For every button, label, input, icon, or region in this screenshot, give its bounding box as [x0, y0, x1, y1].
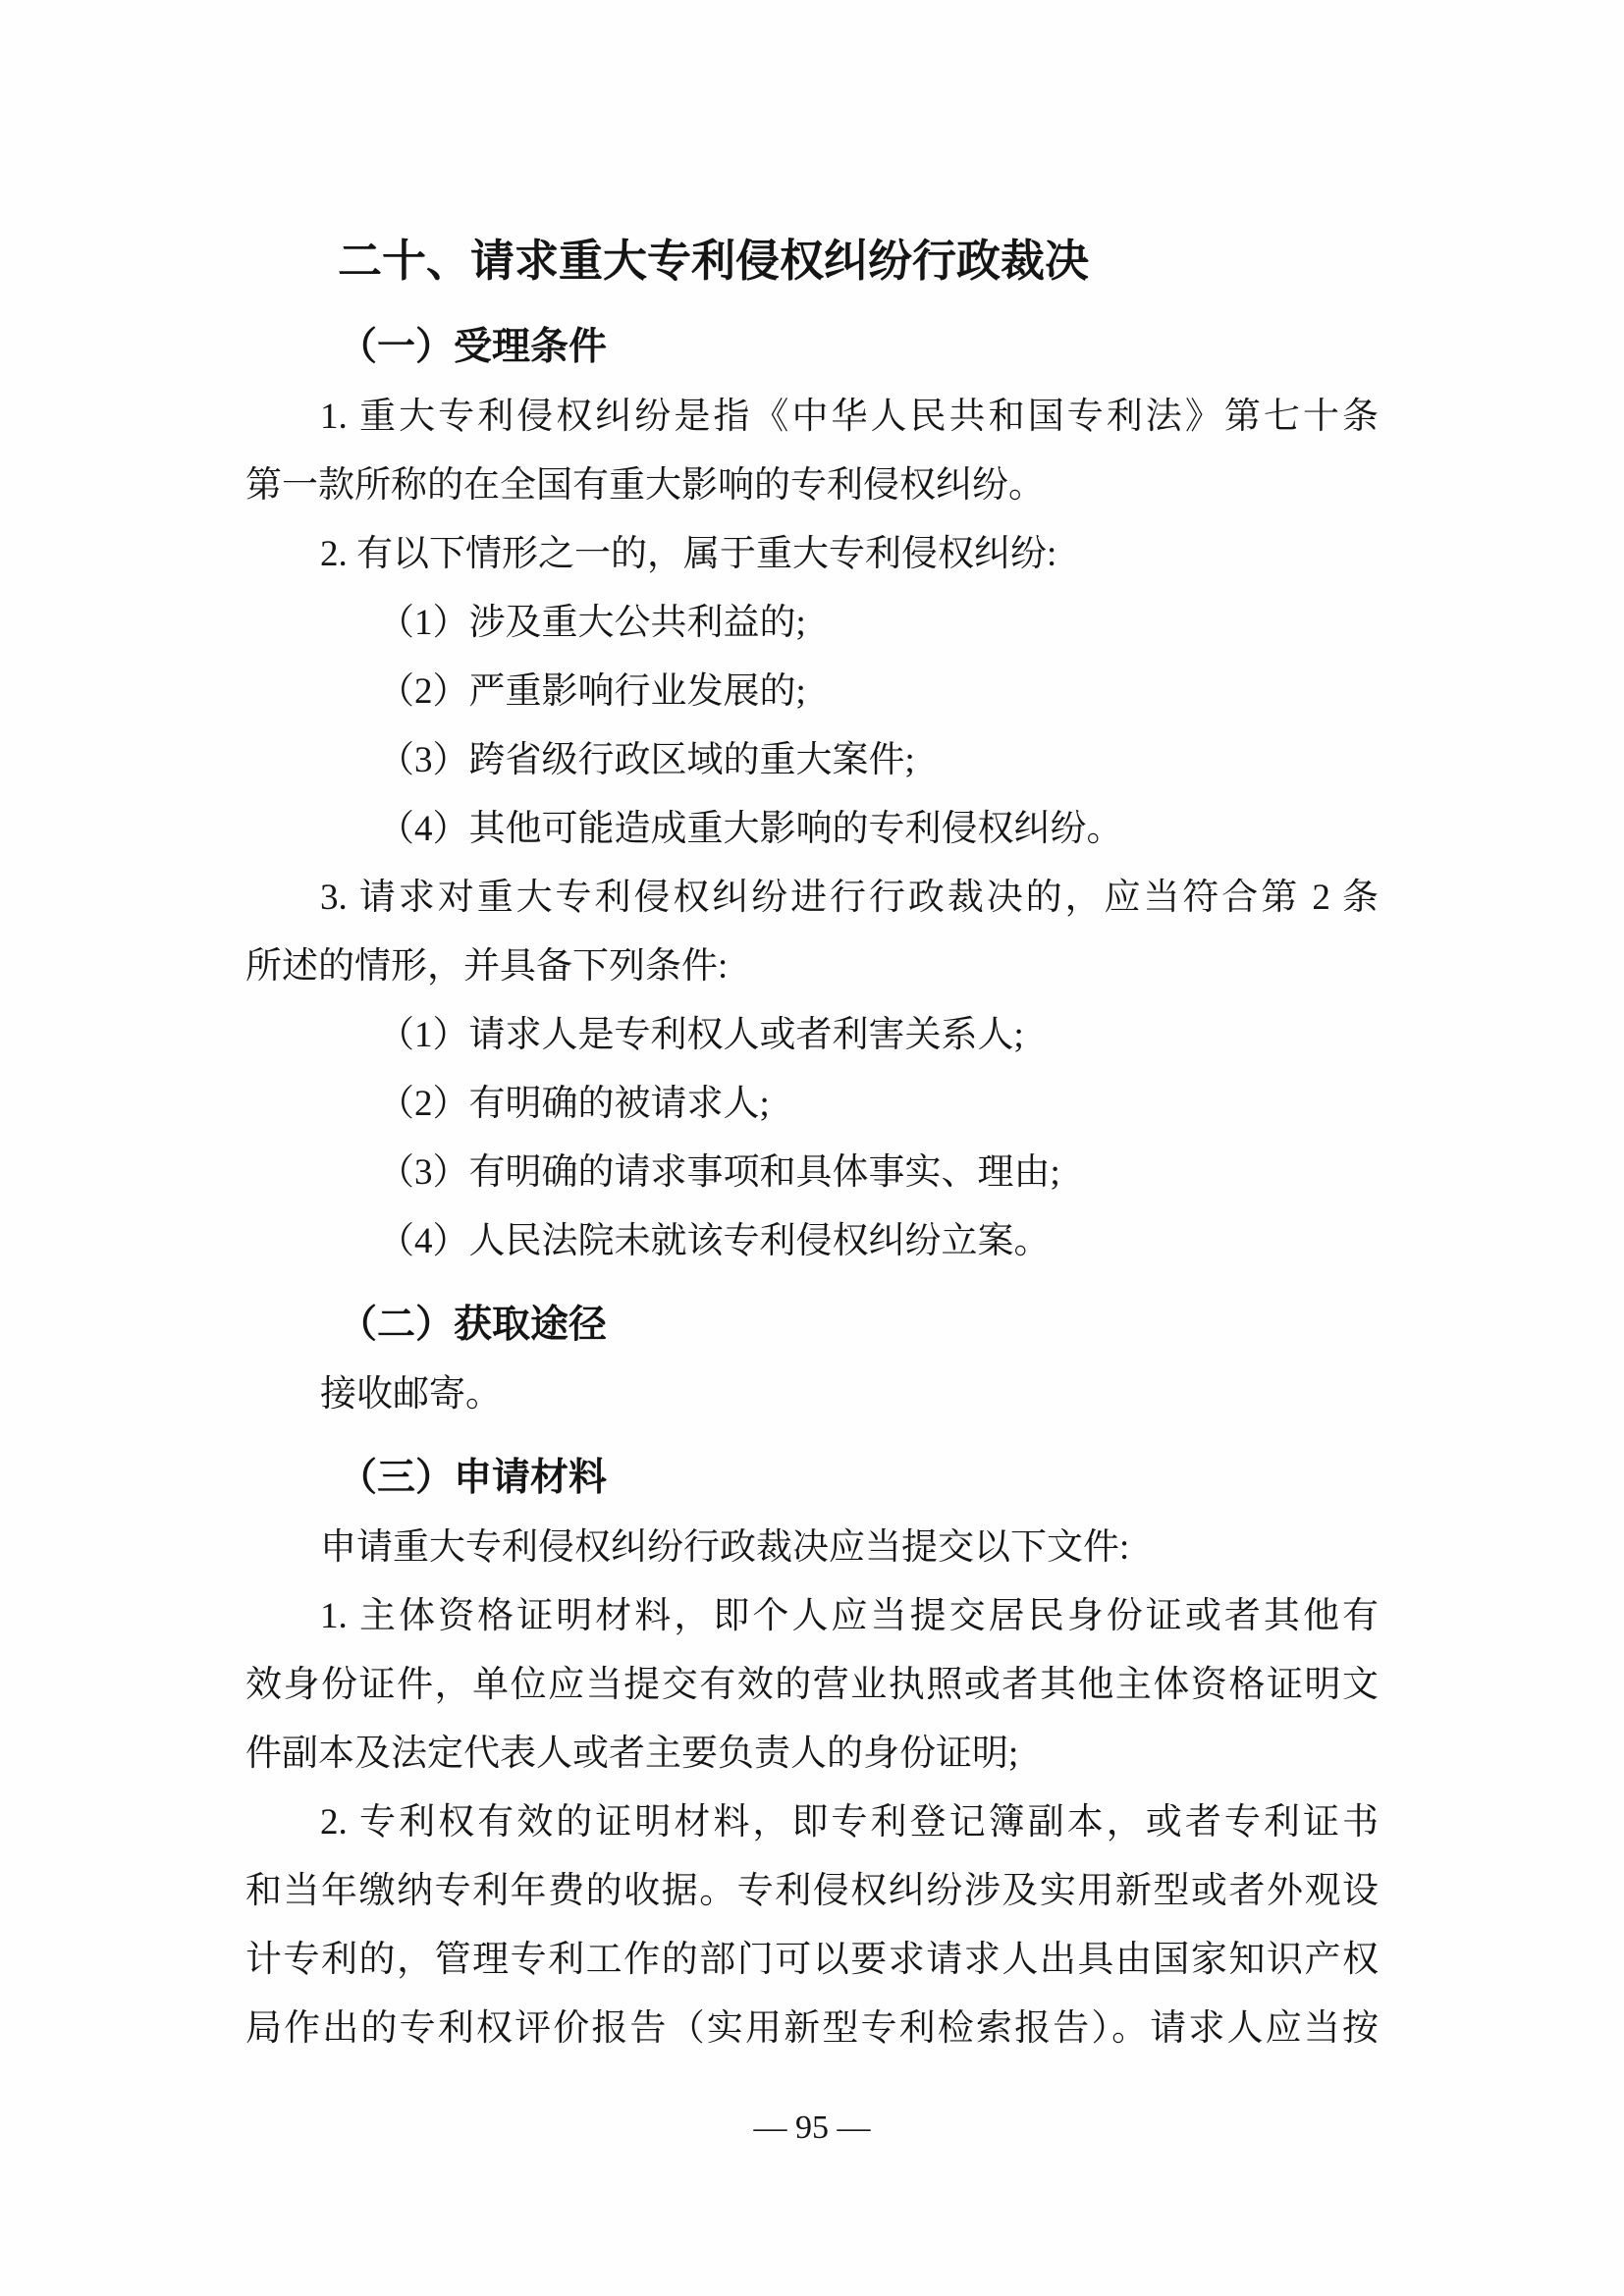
- list-item-line: （3）跨省级行政区域的重大案件;: [245, 726, 1379, 795]
- paragraph-line: 第一款所称的在全国有重大影响的专利侵权纠纷。: [245, 452, 1379, 520]
- paragraph-line: 2. 专利权有效的证明材料，即专利登记簿副本，或者专利证书: [245, 1789, 1379, 1857]
- section-heading: （二）获取途径: [245, 1290, 1379, 1361]
- paragraph-line: 所述的情形，并具备下列条件:: [245, 933, 1379, 1001]
- section-heading: （一）受理条件: [245, 312, 1379, 383]
- paragraph-line: 计专利的，管理专利工作的部门可以要求请求人出具由国家知识产权: [245, 1926, 1379, 1995]
- list-item-line: （4）人民法院未就该专利侵权纠纷立案。: [245, 1207, 1379, 1276]
- list-item-line: （4）其他可能造成重大影响的专利侵权纠纷。: [245, 795, 1379, 864]
- paragraph-line: 2. 有以下情形之一的，属于重大专利侵权纠纷:: [245, 520, 1379, 589]
- paragraph-line: 件副本及法定代表人或者主要负责人的身份证明;: [245, 1720, 1379, 1789]
- text-body: （一）受理条件1. 重大专利侵权纠纷是指《中华人民共和国专利法》第七十条第一款所…: [245, 312, 1379, 2063]
- paragraph-line: 1. 主体资格证明材料，即个人应当提交居民身份证或者其他有: [245, 1582, 1379, 1651]
- page-number-footer: — 95 —: [245, 2107, 1379, 2150]
- paragraph-line: 接收邮寄。: [245, 1361, 1379, 1429]
- document-title: 二十、请求重大专利侵权纠纷行政裁决: [245, 0, 1379, 287]
- paragraph-line: 3. 请求对重大专利侵权纠纷进行行政裁决的，应当符合第 2 条: [245, 864, 1379, 933]
- paragraph-line: 申请重大专利侵权纠纷行政裁决应当提交以下文件:: [245, 1514, 1379, 1582]
- paragraph-line: 和当年缴纳专利年费的收据。专利侵权纠纷涉及实用新型或者外观设: [245, 1857, 1379, 1926]
- list-item-line: （1）涉及重大公共利益的;: [245, 589, 1379, 658]
- paragraph-line: 局作出的专利权评价报告（实用新型专利检索报告）。请求人应当按: [245, 1995, 1379, 2063]
- paragraph-line: 1. 重大专利侵权纠纷是指《中华人民共和国专利法》第七十条: [245, 383, 1379, 452]
- page-content: 二十、请求重大专利侵权纠纷行政裁决 （一）受理条件1. 重大专利侵权纠纷是指《中…: [245, 0, 1379, 2063]
- list-item-line: （2）严重影响行业发展的;: [245, 658, 1379, 726]
- list-item-line: （1）请求人是专利权人或者利害关系人;: [245, 1001, 1379, 1070]
- document-page: 二十、请求重大专利侵权纠纷行政裁决 （一）受理条件1. 重大专利侵权纠纷是指《中…: [0, 0, 1624, 2296]
- paragraph-line: 效身份证件，单位应当提交有效的营业执照或者其他主体资格证明文: [245, 1651, 1379, 1720]
- section-heading: （三）申请材料: [245, 1443, 1379, 1514]
- list-item-line: （3）有明确的请求事项和具体事实、理由;: [245, 1139, 1379, 1207]
- list-item-line: （2）有明确的被请求人;: [245, 1070, 1379, 1139]
